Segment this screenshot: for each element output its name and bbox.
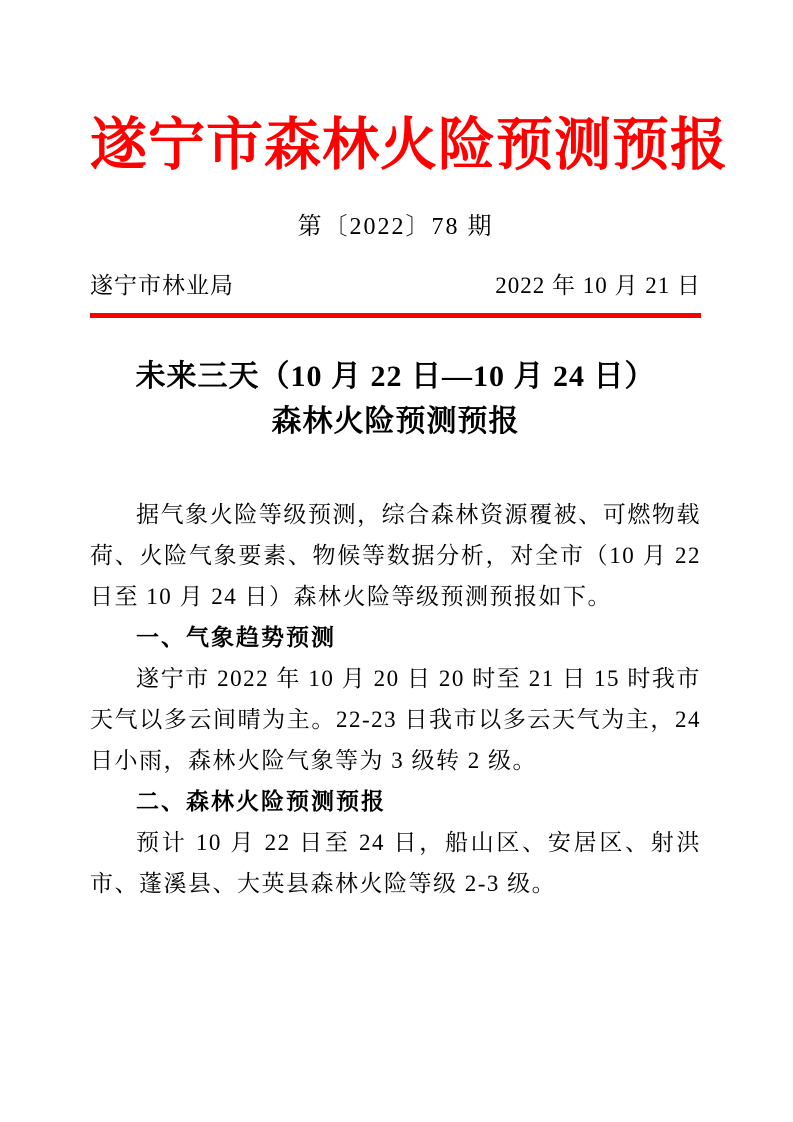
bulletin-title: 未来三天（10 月 22 日—10 月 24 日） 森林火险预测预报 (90, 354, 701, 444)
section-1-heading: 一、气象趋势预测 (90, 617, 701, 658)
document-page: 遂宁市森林火险预测预报 第〔2022〕78 期 遂宁市林业局 2022 年 10… (0, 0, 793, 1122)
issuer-name: 遂宁市林业局 (90, 267, 234, 300)
bulletin-title-line2: 森林火险预测预报 (90, 399, 701, 444)
issuer-date-row: 遂宁市林业局 2022 年 10 月 21 日 (90, 267, 701, 300)
issue-date: 2022 年 10 月 21 日 (495, 267, 701, 300)
intro-paragraph: 据气象火险等级预测，综合森林资源覆被、可燃物载荷、火险气象要素、物候等数据分析，… (90, 494, 701, 617)
bulletin-title-line1: 未来三天（10 月 22 日—10 月 24 日） (90, 354, 701, 399)
section-2-body: 预计 10 月 22 日至 24 日，船山区、安居区、射洪市、蓬溪县、大英县森林… (90, 822, 701, 904)
bulletin-body: 据气象火险等级预测，综合森林资源覆被、可燃物载荷、火险气象要素、物候等数据分析，… (90, 494, 701, 904)
section-2-heading: 二、森林火险预测预报 (90, 781, 701, 822)
red-divider-line (90, 313, 701, 318)
section-1-body: 遂宁市 2022 年 10 月 20 日 20 时至 21 日 15 时我市天气… (90, 658, 701, 781)
issue-number: 第〔2022〕78 期 (90, 206, 701, 241)
document-title: 遂宁市森林火险预测预报 (90, 102, 701, 190)
